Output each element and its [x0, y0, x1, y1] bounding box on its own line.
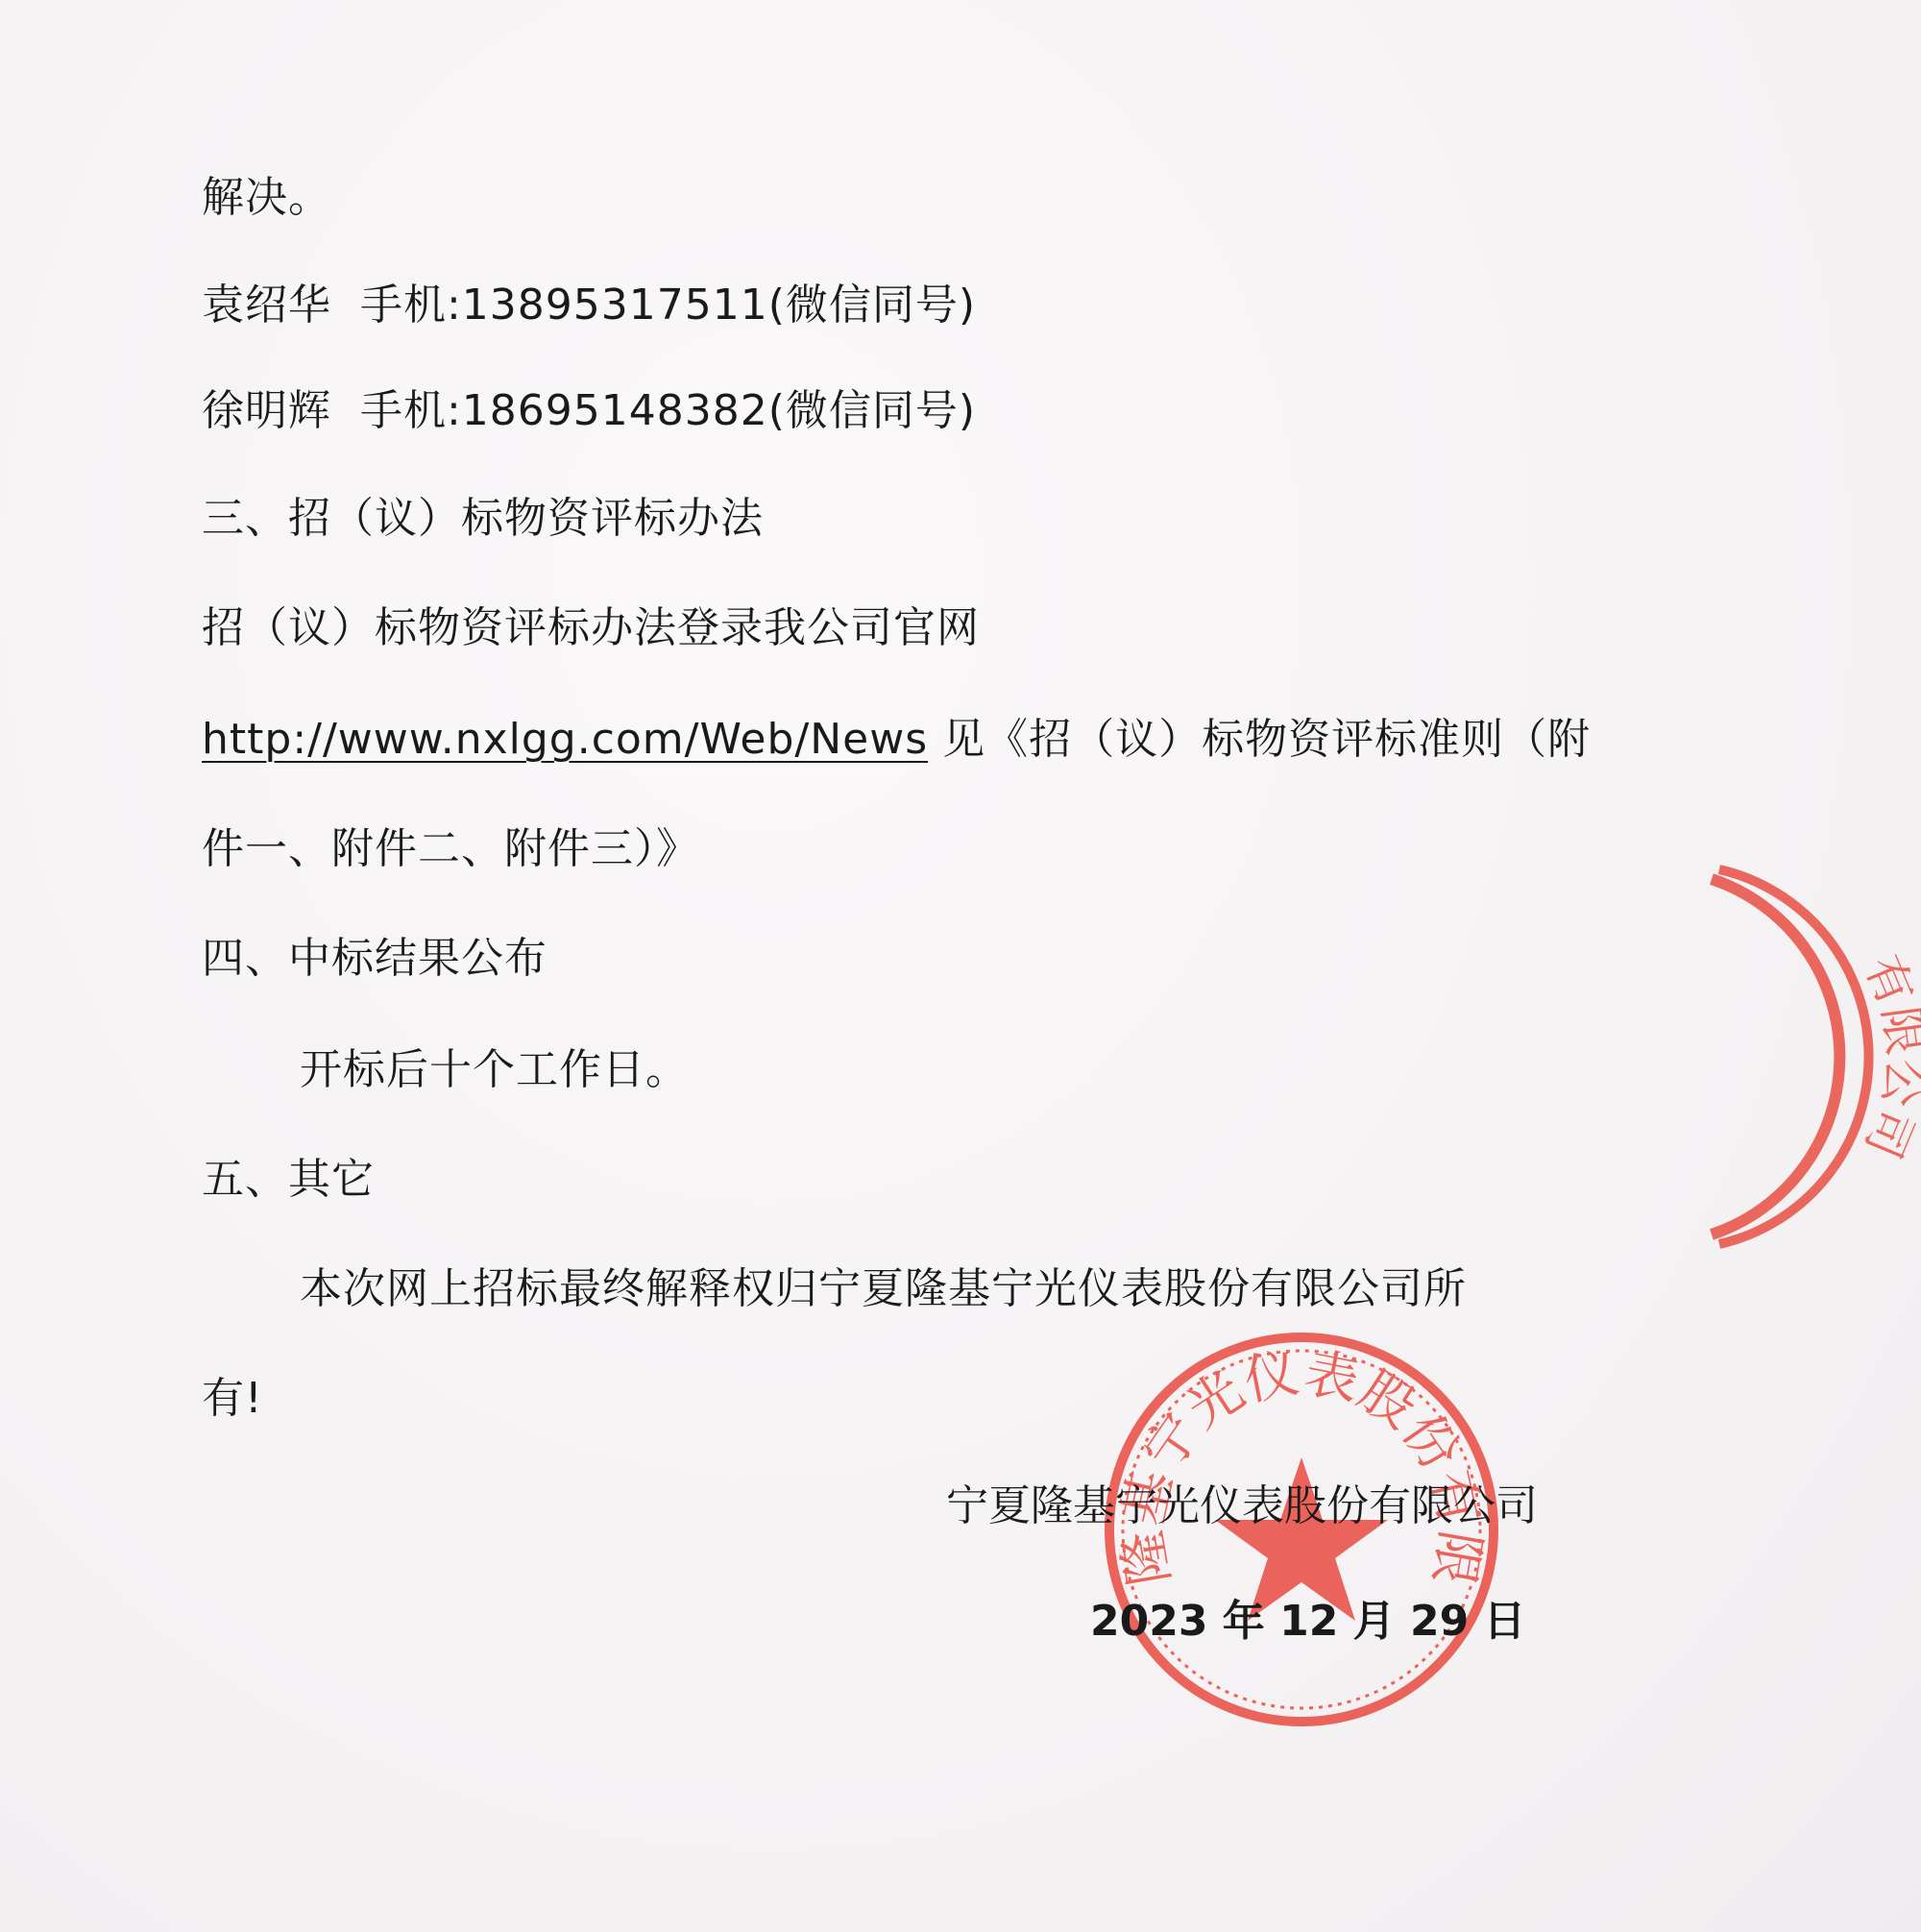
contact-phone-1: 手机:13895317511(微信同号) [360, 281, 976, 330]
contact-name-1: 袁绍华 [202, 281, 331, 330]
signature-date: 2023 年 12 月 29 日 [1090, 1595, 1526, 1649]
section-3-link-line: http://www.nxlgg.com/Web/News 见《招（议）标物资评… [202, 713, 1591, 767]
section-3-text: 招（议）标物资评标办法登录我公司官网 [202, 601, 980, 655]
contact-name-2: 徐明辉 [202, 386, 331, 435]
contact-line-2: 徐明辉 手机:18695148382(微信同号) [202, 384, 976, 438]
section-5-text: 本次网上招标最终解释权归宁夏隆基宁光仪表股份有限公司所 [300, 1262, 1467, 1316]
website-link[interactable]: http://www.nxlgg.com/Web/News [202, 715, 928, 764]
section-3-after-link: 见《招（议）标物资评标准则（附 [942, 715, 1591, 764]
document-page: 解决。 袁绍华 手机:13895317511(微信同号) 徐明辉 手机:1869… [0, 0, 1921, 1932]
section-4-text: 开标后十个工作日。 [300, 1043, 689, 1097]
text-line-resolve: 解决。 [202, 171, 331, 225]
section-3-heading: 三、招（议）标物资评标办法 [202, 492, 764, 546]
section-4-heading: 四、中标结果公布 [202, 932, 547, 986]
section-3-continuation: 件一、附件二、附件三）》 [202, 822, 699, 876]
contact-line-1: 袁绍华 手机:13895317511(微信同号) [202, 279, 976, 332]
contact-phone-2: 手机:18695148382(微信同号) [360, 386, 976, 435]
section-5-heading: 五、其它 [202, 1153, 375, 1207]
signature-company: 宁夏隆基宁光仪表股份有限公司 [946, 1480, 1538, 1533]
section-5-continuation: 有! [202, 1372, 263, 1426]
edge-seal-icon: 有限公司 [1710, 860, 1921, 1254]
